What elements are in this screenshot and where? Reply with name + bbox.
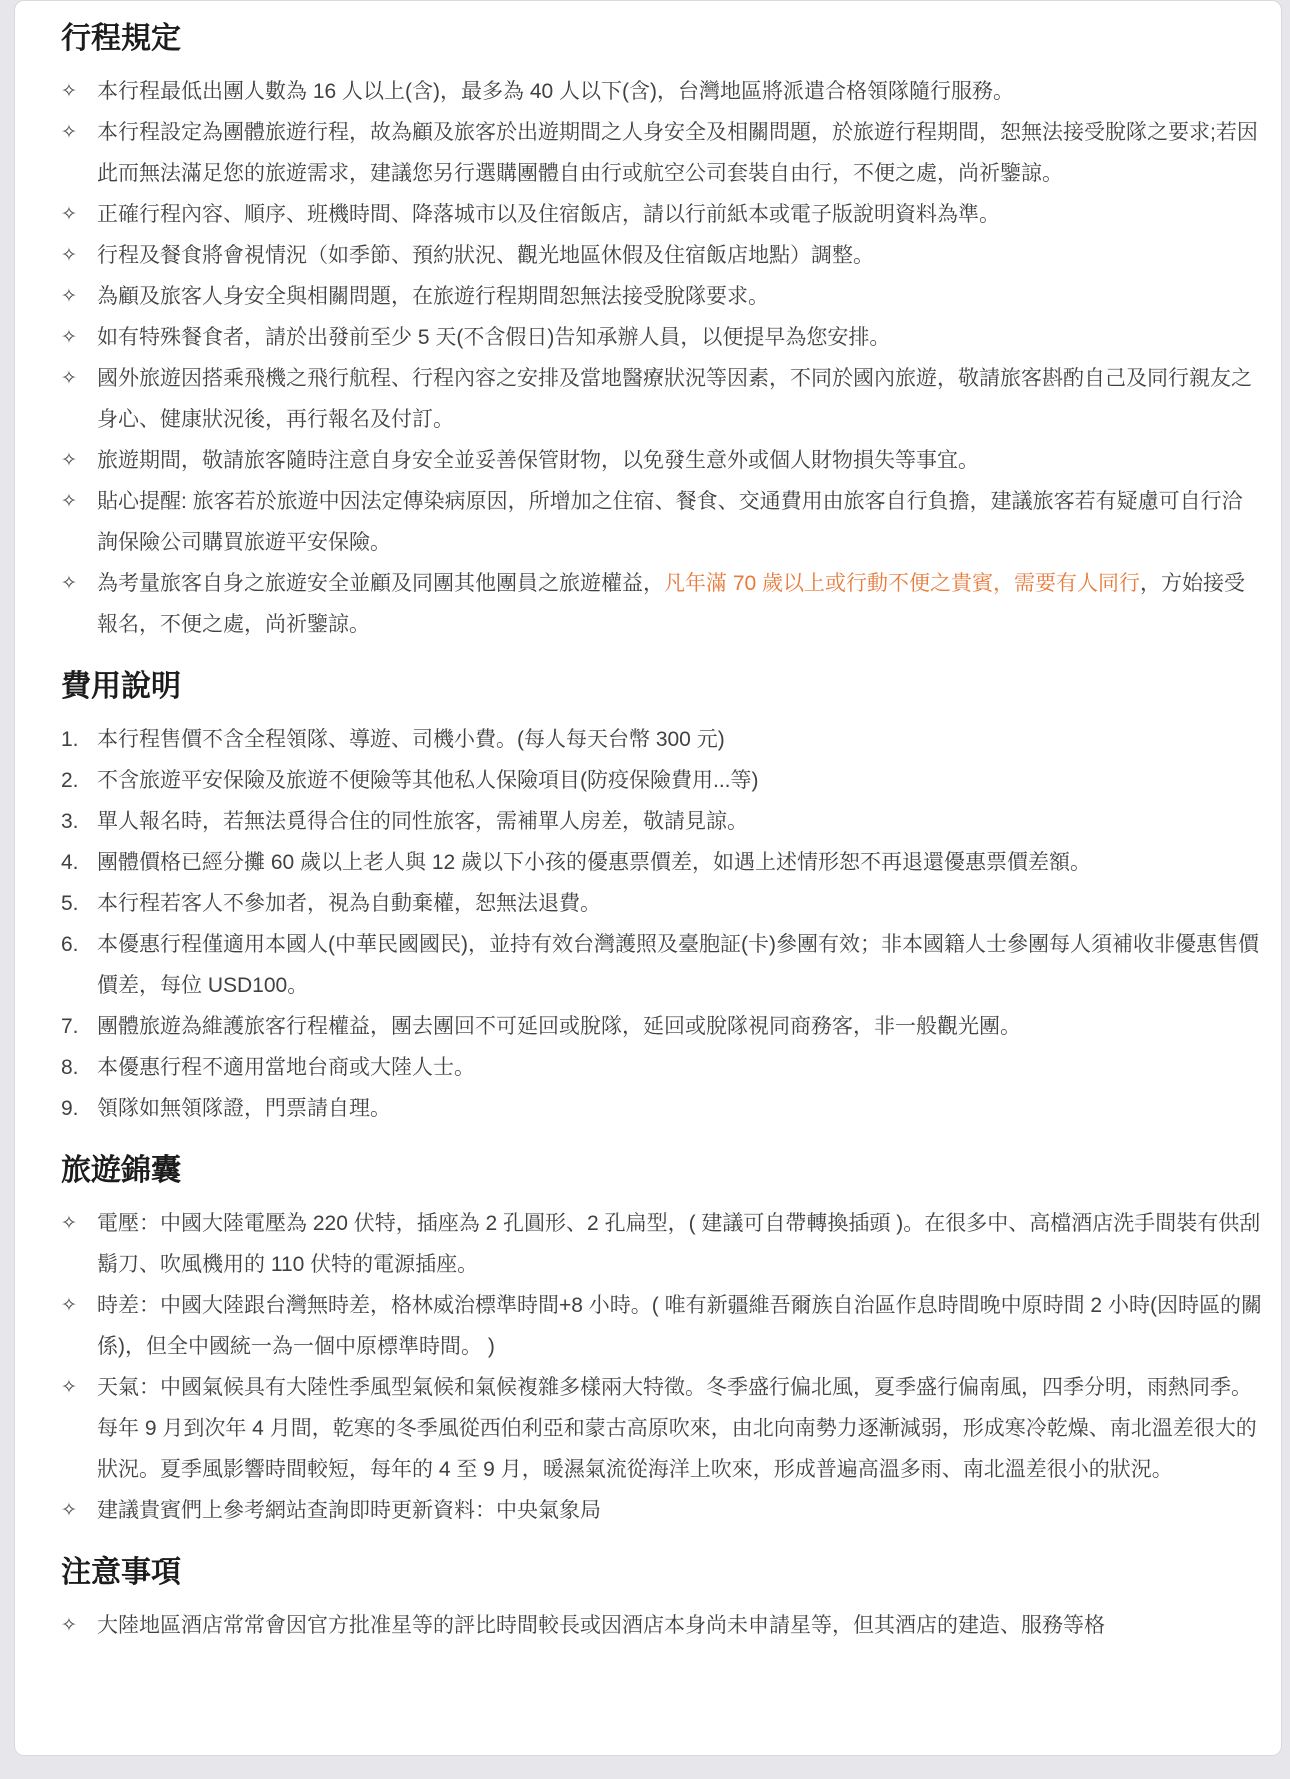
list-item: ✧國外旅遊因搭乘飛機之飛行航程、行程內容之安排及當地醫療狀況等因素，不同於國內旅… [61,358,1263,440]
list-item: ✧本行程設定為團體旅遊行程，故為顧及旅客於出遊期間之人身安全及相關問題，於旅遊行… [61,112,1263,194]
list-item: ✧旅遊期間，敬請旅客隨時注意自身安全並妥善保管財物，以免發生意外或個人財物損失等… [61,440,1263,481]
text-segment: 大陸地區酒店常常會因官方批准星等的評比時間較長或因酒店本身尚未申請星等，但其酒店… [97,1614,1105,1637]
item-text: 國外旅遊因搭乘飛機之飛行航程、行程內容之安排及當地醫療狀況等因素，不同於國內旅遊… [97,358,1263,440]
text-segment: 國外旅遊因搭乘飛機之飛行航程、行程內容之安排及當地醫療狀況等因素，不同於國內旅遊… [97,367,1252,431]
section-itinerary-rules: 行程規定 ✧本行程最低出團人數為 16 人以上(含)，最多為 40 人以下(含)… [61,19,1263,645]
text-segment: 電壓：中國大陸電壓為 220 伏特，插座為 2 孔圓形、2 孔扁型，( 建議可自… [97,1212,1260,1276]
bullet-list: ✧電壓：中國大陸電壓為 220 伏特，插座為 2 孔圓形、2 孔扁型，( 建議可… [61,1203,1263,1531]
text-segment: 本行程設定為團體旅遊行程，故為顧及旅客於出遊期間之人身安全及相關問題，於旅遊行程… [97,121,1258,185]
section-title: 旅遊錦囊 [61,1151,1263,1191]
section-notices: 注意事項 ✧大陸地區酒店常常會因官方批准星等的評比時間較長或因酒店本身尚未申請星… [61,1553,1263,1646]
list-item: 6.本優惠行程僅適用本國人(中華民國國民)，並持有效台灣護照及臺胞証(卡)參團有… [61,924,1263,1006]
text-segment: 天氣：中國氣候具有大陸性季風型氣候和氣候複雜多樣兩大特徵。冬季盛行偏北風，夏季盛… [97,1376,1257,1481]
text-segment: 本行程若客人不參加者，視為自動棄權，恕無法退費。 [97,892,601,915]
diamond-bullet-icon: ✧ [61,112,97,153]
text-segment: 貼心提醒: 旅客若於旅遊中因法定傳染病原因，所增加之住宿、餐食、交通費用由旅客自… [97,490,1243,554]
bullet-list: ✧本行程最低出團人數為 16 人以上(含)，最多為 40 人以下(含)，台灣地區… [61,71,1263,645]
item-number: 2. [61,760,97,801]
text-segment: 為考量旅客自身之旅遊安全並顧及同團其他團員之旅遊權益， [97,572,664,595]
list-item: ✧貼心提醒: 旅客若於旅遊中因法定傳染病原因，所增加之住宿、餐食、交通費用由旅客… [61,481,1263,563]
text-segment: 本優惠行程不適用當地台商或大陸人士。 [97,1056,475,1079]
list-item: ✧正確行程內容、順序、班機時間、降落城市以及住宿飯店，請以行前紙本或電子版說明資… [61,194,1263,235]
list-item: 4.團體價格已經分攤 60 歲以上老人與 12 歲以下小孩的優惠票價差，如遇上述… [61,842,1263,883]
text-segment: 時差：中國大陸跟台灣無時差，格林威治標準時間+8 小時。( 唯有新疆維吾爾族自治… [97,1294,1262,1358]
list-item: 2.不含旅遊平安保險及旅遊不便險等其他私人保險項目(防疫保險費用...等) [61,760,1263,801]
item-text: 團體旅遊為維護旅客行程權益，團去團回不可延回或脫隊，延回或脫隊視同商務客，非一般… [97,1006,1263,1047]
diamond-bullet-icon: ✧ [61,1490,97,1531]
text-segment: 旅遊期間，敬請旅客隨時注意自身安全並妥善保管財物，以免發生意外或個人財物損失等事… [97,449,979,472]
item-text: 本行程若客人不參加者，視為自動棄權，恕無法退費。 [97,883,1263,924]
item-text: 旅遊期間，敬請旅客隨時注意自身安全並妥善保管財物，以免發生意外或個人財物損失等事… [97,440,1263,481]
text-segment: 團體旅遊為維護旅客行程權益，團去團回不可延回或脫隊，延回或脫隊視同商務客，非一般… [97,1015,1021,1038]
text-segment: 單人報名時，若無法覓得合住的同性旅客，需補單人房差，敬請見諒。 [97,810,748,833]
text-segment: 本優惠行程僅適用本國人(中華民國國民)，並持有效台灣護照及臺胞証(卡)參團有效；… [97,933,1259,997]
list-item: ✧電壓：中國大陸電壓為 220 伏特，插座為 2 孔圓形、2 孔扁型，( 建議可… [61,1203,1263,1285]
list-item: ✧天氣：中國氣候具有大陸性季風型氣候和氣候複雜多樣兩大特徵。冬季盛行偏北風，夏季… [61,1367,1263,1490]
text-segment: 本行程售價不含全程領隊、導遊、司機小費。(每人每天台幣 300 元) [97,728,725,751]
item-number: 5. [61,883,97,924]
numbered-list: 1.本行程售價不含全程領隊、導遊、司機小費。(每人每天台幣 300 元)2.不含… [61,719,1263,1129]
item-text: 天氣：中國氣候具有大陸性季風型氣候和氣候複雜多樣兩大特徵。冬季盛行偏北風，夏季盛… [97,1367,1263,1490]
text-segment: 行程及餐食將會視情況（如季節、預約狀況、觀光地區休假及住宿飯店地點）調整。 [97,244,874,267]
item-text: 為考量旅客自身之旅遊安全並顧及同團其他團員之旅遊權益，凡年滿 70 歲以上或行動… [97,563,1263,645]
item-number: 9. [61,1088,97,1129]
diamond-bullet-icon: ✧ [61,317,97,358]
diamond-bullet-icon: ✧ [61,1605,97,1646]
item-number: 1. [61,719,97,760]
item-number: 7. [61,1006,97,1047]
diamond-bullet-icon: ✧ [61,1285,97,1326]
item-text: 大陸地區酒店常常會因官方批准星等的評比時間較長或因酒店本身尚未申請星等，但其酒店… [97,1605,1263,1646]
text-segment: 正確行程內容、順序、班機時間、降落城市以及住宿飯店，請以行前紙本或電子版說明資料… [97,203,1000,226]
item-text: 本行程設定為團體旅遊行程，故為顧及旅客於出遊期間之人身安全及相關問題，於旅遊行程… [97,112,1263,194]
list-item: 3.單人報名時，若無法覓得合住的同性旅客，需補單人房差，敬請見諒。 [61,801,1263,842]
diamond-bullet-icon: ✧ [61,235,97,276]
diamond-bullet-icon: ✧ [61,276,97,317]
item-number: 6. [61,924,97,965]
section-fee-info: 費用說明 1.本行程售價不含全程領隊、導遊、司機小費。(每人每天台幣 300 元… [61,667,1263,1129]
item-number: 4. [61,842,97,883]
item-text: 建議貴賓們上參考網站查詢即時更新資料：中央氣象局 [97,1490,1263,1531]
list-item: ✧時差：中國大陸跟台灣無時差，格林威治標準時間+8 小時。( 唯有新疆維吾爾族自… [61,1285,1263,1367]
item-text: 本行程售價不含全程領隊、導遊、司機小費。(每人每天台幣 300 元) [97,719,1263,760]
highlighted-text-segment: 凡年滿 70 歲以上或行動不便之貴賓，需要有人同行 [664,572,1140,595]
list-item: 7.團體旅遊為維護旅客行程權益，團去團回不可延回或脫隊，延回或脫隊視同商務客，非… [61,1006,1263,1047]
item-text: 如有特殊餐食者，請於出發前至少 5 天(不含假日)告知承辦人員，以便提早為您安排… [97,317,1263,358]
list-item: ✧如有特殊餐食者，請於出發前至少 5 天(不含假日)告知承辦人員，以便提早為您安… [61,317,1263,358]
diamond-bullet-icon: ✧ [61,440,97,481]
list-item: ✧大陸地區酒店常常會因官方批准星等的評比時間較長或因酒店本身尚未申請星等，但其酒… [61,1605,1263,1646]
list-item: 5.本行程若客人不參加者，視為自動棄權，恕無法退費。 [61,883,1263,924]
diamond-bullet-icon: ✧ [61,1367,97,1408]
item-text: 本優惠行程僅適用本國人(中華民國國民)，並持有效台灣護照及臺胞証(卡)參團有效；… [97,924,1263,1006]
list-item: ✧本行程最低出團人數為 16 人以上(含)，最多為 40 人以下(含)，台灣地區… [61,71,1263,112]
text-segment: 如有特殊餐食者，請於出發前至少 5 天(不含假日)告知承辦人員，以便提早為您安排… [97,326,890,349]
text-segment: 不含旅遊平安保險及旅遊不便險等其他私人保險項目(防疫保險費用...等) [97,769,759,792]
item-text: 正確行程內容、順序、班機時間、降落城市以及住宿飯店，請以行前紙本或電子版說明資料… [97,194,1263,235]
item-text: 為顧及旅客人身安全與相關問題，在旅遊行程期間恕無法接受脫隊要求。 [97,276,1263,317]
item-text: 單人報名時，若無法覓得合住的同性旅客，需補單人房差，敬請見諒。 [97,801,1263,842]
bullet-list: ✧大陸地區酒店常常會因官方批准星等的評比時間較長或因酒店本身尚未申請星等，但其酒… [61,1605,1263,1646]
diamond-bullet-icon: ✧ [61,194,97,235]
item-number: 8. [61,1047,97,1088]
list-item: 8.本優惠行程不適用當地台商或大陸人士。 [61,1047,1263,1088]
text-segment: 為顧及旅客人身安全與相關問題，在旅遊行程期間恕無法接受脫隊要求。 [97,285,769,308]
list-item: ✧為考量旅客自身之旅遊安全並顧及同團其他團員之旅遊權益，凡年滿 70 歲以上或行… [61,563,1263,645]
diamond-bullet-icon: ✧ [61,1203,97,1244]
item-text: 電壓：中國大陸電壓為 220 伏特，插座為 2 孔圓形、2 孔扁型，( 建議可自… [97,1203,1263,1285]
item-text: 貼心提醒: 旅客若於旅遊中因法定傳染病原因，所增加之住宿、餐食、交通費用由旅客自… [97,481,1263,563]
item-text: 本優惠行程不適用當地台商或大陸人士。 [97,1047,1263,1088]
list-item: 9.領隊如無領隊證，門票請自理。 [61,1088,1263,1129]
text-segment: 團體價格已經分攤 60 歲以上老人與 12 歲以下小孩的優惠票價差，如遇上述情形… [97,851,1091,874]
section-title: 行程規定 [61,19,1263,59]
item-text: 領隊如無領隊證，門票請自理。 [97,1088,1263,1129]
item-text: 行程及餐食將會視情況（如季節、預約狀況、觀光地區休假及住宿飯店地點）調整。 [97,235,1263,276]
text-segment: 本行程最低出團人數為 16 人以上(含)，最多為 40 人以下(含)，台灣地區將… [97,80,1014,103]
list-item: ✧建議貴賓們上參考網站查詢即時更新資料：中央氣象局 [61,1490,1263,1531]
item-number: 3. [61,801,97,842]
item-text: 本行程最低出團人數為 16 人以上(含)，最多為 40 人以下(含)，台灣地區將… [97,71,1263,112]
list-item: ✧行程及餐食將會視情況（如季節、預約狀況、觀光地區休假及住宿飯店地點）調整。 [61,235,1263,276]
diamond-bullet-icon: ✧ [61,481,97,522]
section-title: 費用說明 [61,667,1263,707]
section-title: 注意事項 [61,1553,1263,1593]
diamond-bullet-icon: ✧ [61,563,97,604]
item-text: 時差：中國大陸跟台灣無時差，格林威治標準時間+8 小時。( 唯有新疆維吾爾族自治… [97,1285,1263,1367]
diamond-bullet-icon: ✧ [61,358,97,399]
item-text: 不含旅遊平安保險及旅遊不便險等其他私人保險項目(防疫保險費用...等) [97,760,1263,801]
item-text: 團體價格已經分攤 60 歲以上老人與 12 歲以下小孩的優惠票價差，如遇上述情形… [97,842,1263,883]
document-page: 行程規定 ✧本行程最低出團人數為 16 人以上(含)，最多為 40 人以下(含)… [14,0,1282,1756]
text-segment: 領隊如無領隊證，門票請自理。 [97,1097,391,1120]
list-item: 1.本行程售價不含全程領隊、導遊、司機小費。(每人每天台幣 300 元) [61,719,1263,760]
text-segment: 建議貴賓們上參考網站查詢即時更新資料：中央氣象局 [97,1499,601,1522]
list-item: ✧為顧及旅客人身安全與相關問題，在旅遊行程期間恕無法接受脫隊要求。 [61,276,1263,317]
diamond-bullet-icon: ✧ [61,71,97,112]
section-travel-tips: 旅遊錦囊 ✧電壓：中國大陸電壓為 220 伏特，插座為 2 孔圓形、2 孔扁型，… [61,1151,1263,1531]
